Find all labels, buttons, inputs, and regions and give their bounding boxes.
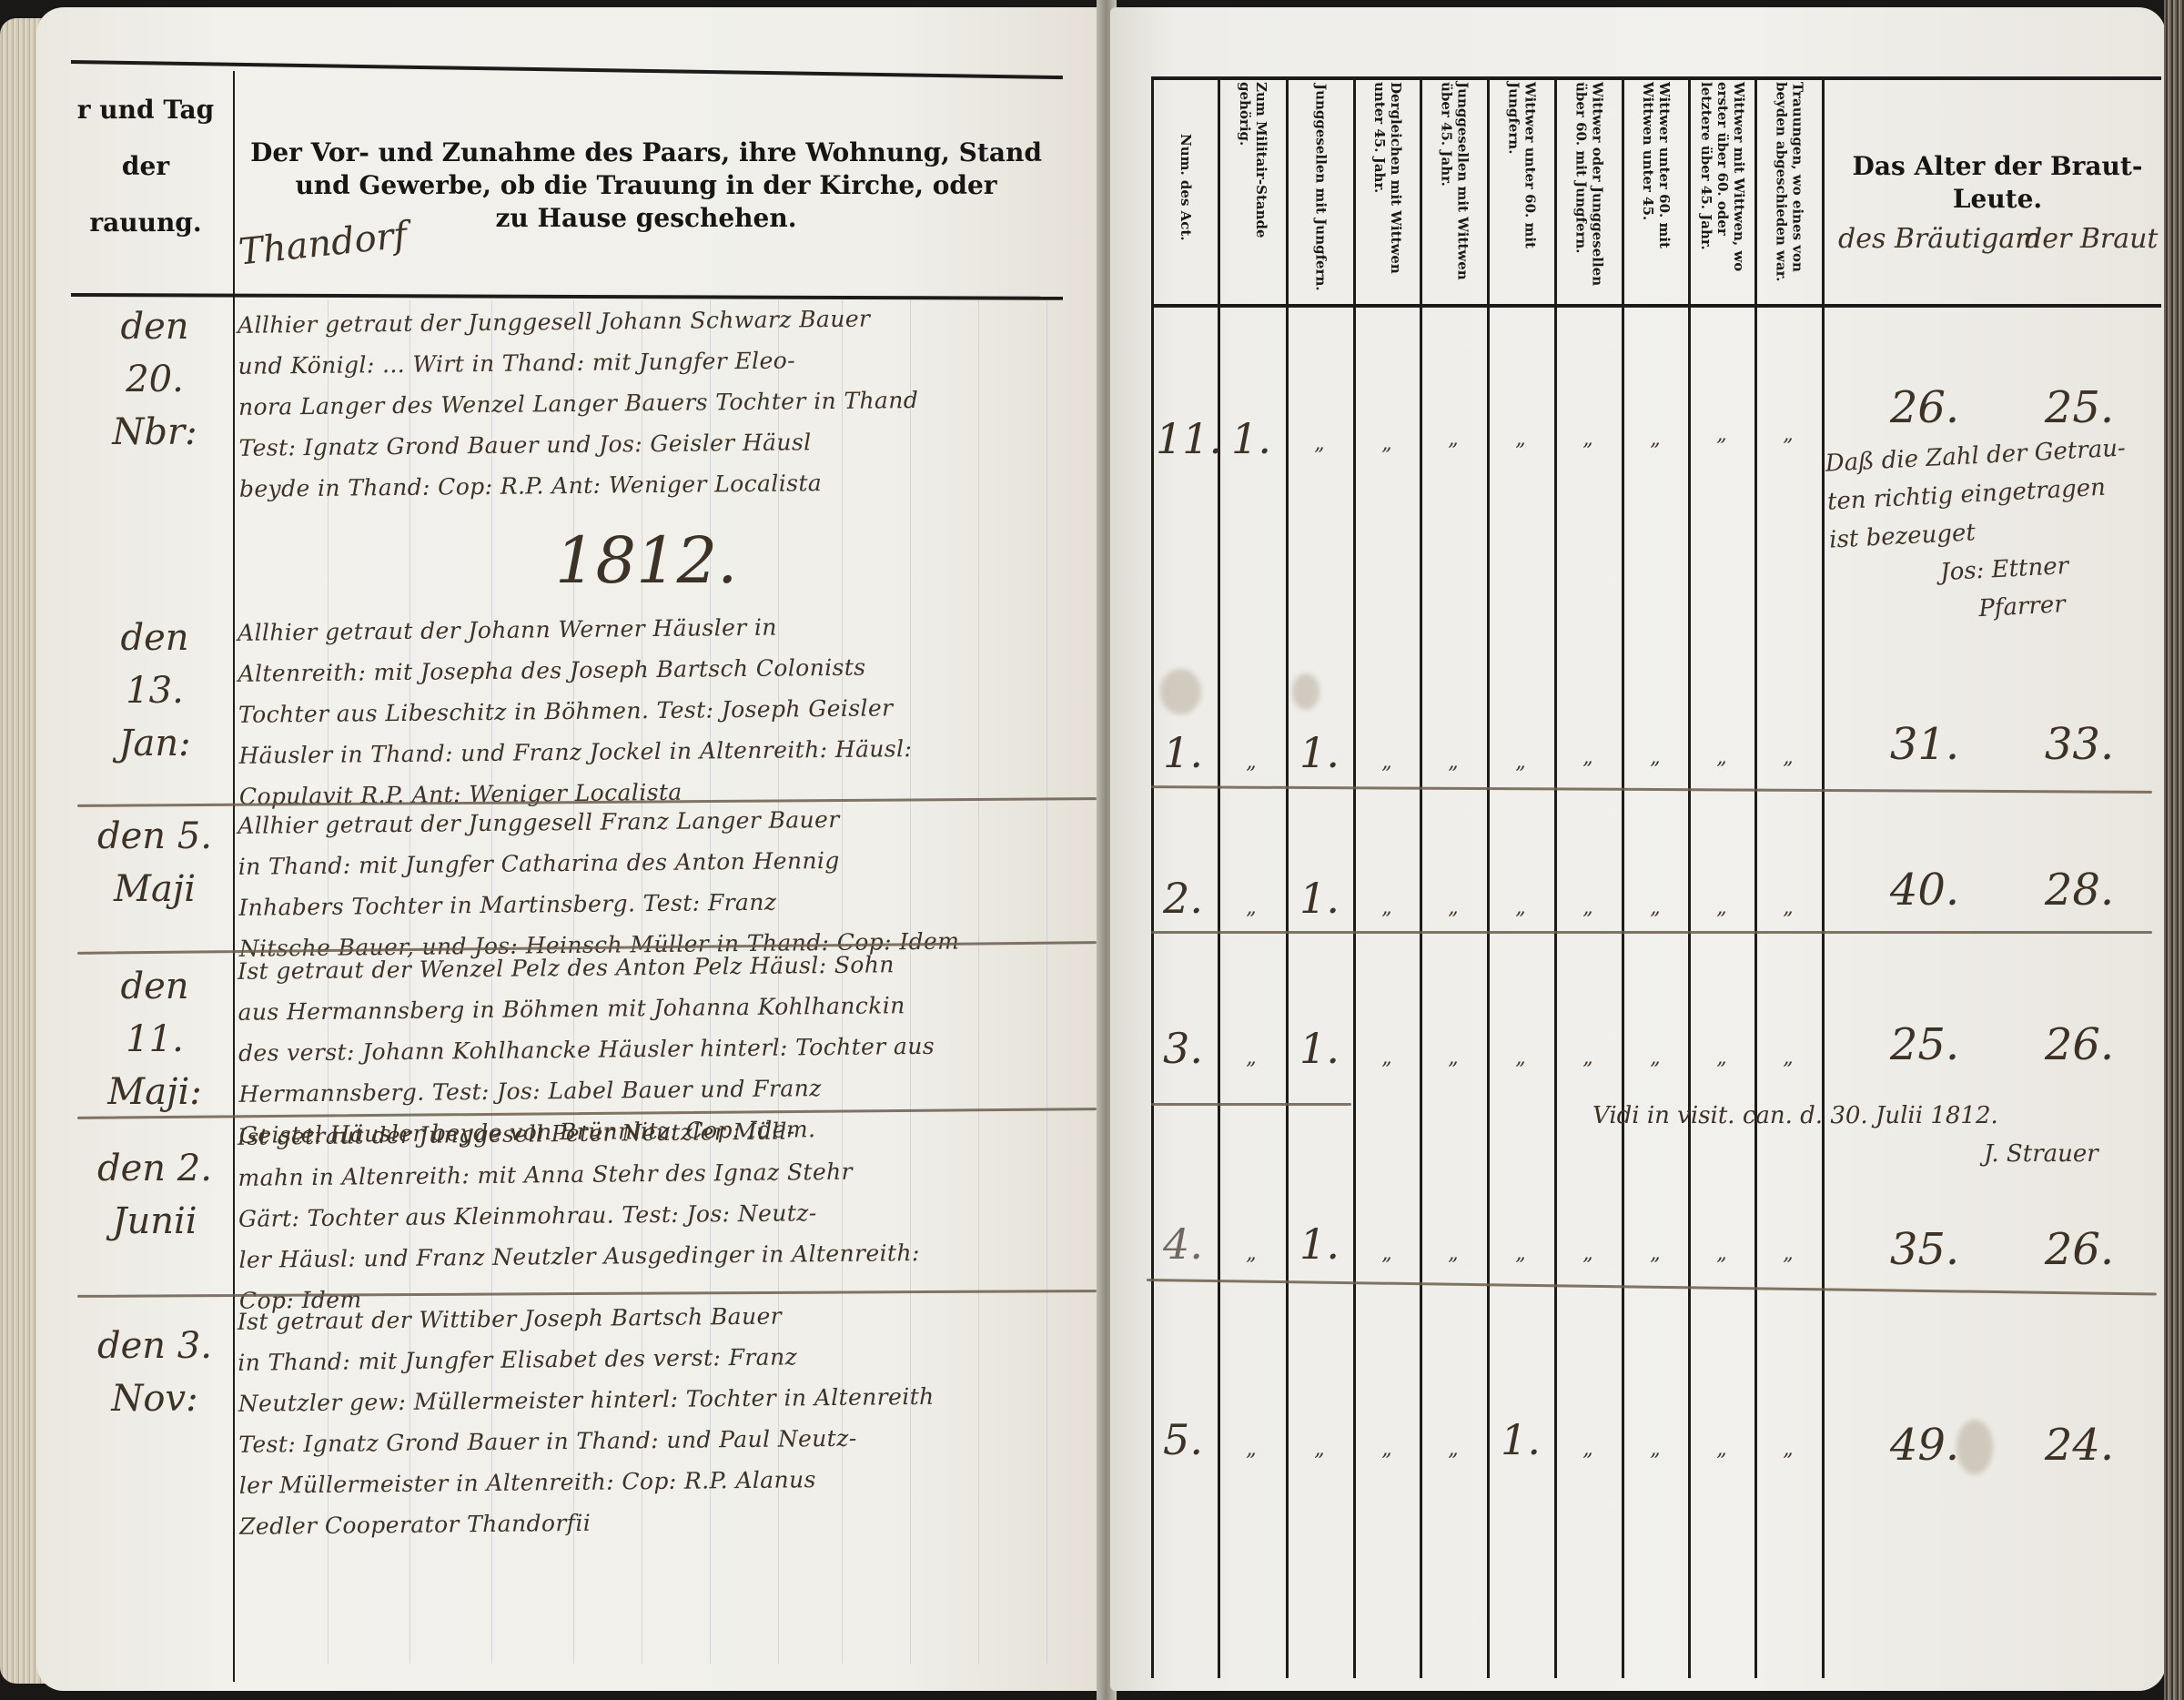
register-book: r und Tag der rauung. Der Vor- und Zunah… bbox=[0, 0, 2184, 1700]
entry-date: den 3. Nov: bbox=[86, 1320, 223, 1425]
groom-age: 40. bbox=[1875, 865, 1975, 916]
bride-age: 33. bbox=[2029, 719, 2129, 770]
column-header-bachelors-widows-over-45: Junggesellen mit Wittwen über 45. Jahr. bbox=[1422, 78, 1487, 297]
entry-date: den 11. Maji: bbox=[86, 960, 223, 1118]
bride-age: 26. bbox=[2029, 1224, 2129, 1275]
act-number: 5. bbox=[1156, 1415, 1210, 1464]
entry-date: den 5. Maji bbox=[86, 810, 223, 916]
column-header-widowers-widows-under-45: Wittwer unter 60. mit Wittwen unter 45. bbox=[1624, 78, 1688, 297]
groom-age: 25. bbox=[1875, 1019, 1975, 1070]
column-header-bachelors-maidens: Junggesellen mit Jungfern. bbox=[1289, 78, 1353, 297]
bride-age-label: der Braut bbox=[2025, 223, 2158, 255]
certification-note: Daß die Zahl der Getrau- ten richtig ein… bbox=[1825, 430, 2135, 636]
visitation-note: Vidi in visit. can. d. 30. Julii 1812. J… bbox=[1592, 1097, 2098, 1173]
entry-text: Ist getraut der Wittiber Joseph Bartsch … bbox=[238, 1292, 1077, 1547]
bride-age: 28. bbox=[2029, 865, 2129, 916]
groom-age: 49. bbox=[1875, 1420, 1975, 1471]
column-header-over-60-maidens: Wittwer oder Junggesellen über 60. mit J… bbox=[1557, 78, 1622, 297]
column-header-act-number: Num. des Act. bbox=[1154, 78, 1218, 297]
groom-age: 26. bbox=[1875, 382, 1975, 433]
act-number: 3. bbox=[1156, 1024, 1210, 1073]
groom-age: 31. bbox=[1875, 719, 1975, 770]
act-number: 11. bbox=[1156, 414, 1210, 463]
entry-text: Allhier getraut der Johann Werner Häusle… bbox=[238, 603, 1077, 817]
entry-date: den 20. Nbr: bbox=[86, 300, 223, 459]
act-number: 4. bbox=[1156, 1219, 1210, 1269]
year-heading: 1812. bbox=[555, 523, 737, 598]
bride-age: 26. bbox=[2029, 1019, 2129, 1070]
bride-age: 24. bbox=[2029, 1420, 2129, 1471]
page-edges-right bbox=[2164, 0, 2184, 1700]
groom-age: 35. bbox=[1875, 1224, 1975, 1275]
column-header-widowers-widows-over: Wittwer mit Wittwen, wo erster über 60. … bbox=[1691, 78, 1754, 297]
column-header-widowers-under-60-maidens: Wittwer unter 60. mit Jungfern. bbox=[1490, 78, 1554, 297]
age-column-header: Das Alter der Braut- Leute. bbox=[1847, 150, 2148, 216]
column-header-military: Zum Militair-Stande gehörig. bbox=[1220, 78, 1286, 297]
act-number: 1. bbox=[1156, 728, 1210, 777]
column-header-divorced: Trauungen, wo eines von beyden abgeschie… bbox=[1757, 78, 1822, 297]
bride-age: 25. bbox=[2029, 382, 2129, 433]
date-column-divider bbox=[233, 71, 235, 1682]
entry-text: Allhier getraut der Junggesell Johann Sc… bbox=[238, 296, 1077, 510]
entry-text: Ist getraut der Junggesell Peter Neutzle… bbox=[238, 1108, 1077, 1321]
tally-header-bottom-rule bbox=[1151, 304, 2161, 308]
column-header-bachelors-widows-under-45: Dergleichen mit Wittwen unter 45. Jahr. bbox=[1356, 78, 1420, 297]
date-column-header: r und Tag der rauung. bbox=[73, 82, 218, 251]
entry-date: den 2. Junii bbox=[86, 1142, 223, 1248]
groom-age-label: des Bräutigam bbox=[1838, 223, 2041, 255]
act-number: 2. bbox=[1156, 874, 1210, 923]
entry-date: den 13. Jan: bbox=[86, 612, 223, 770]
